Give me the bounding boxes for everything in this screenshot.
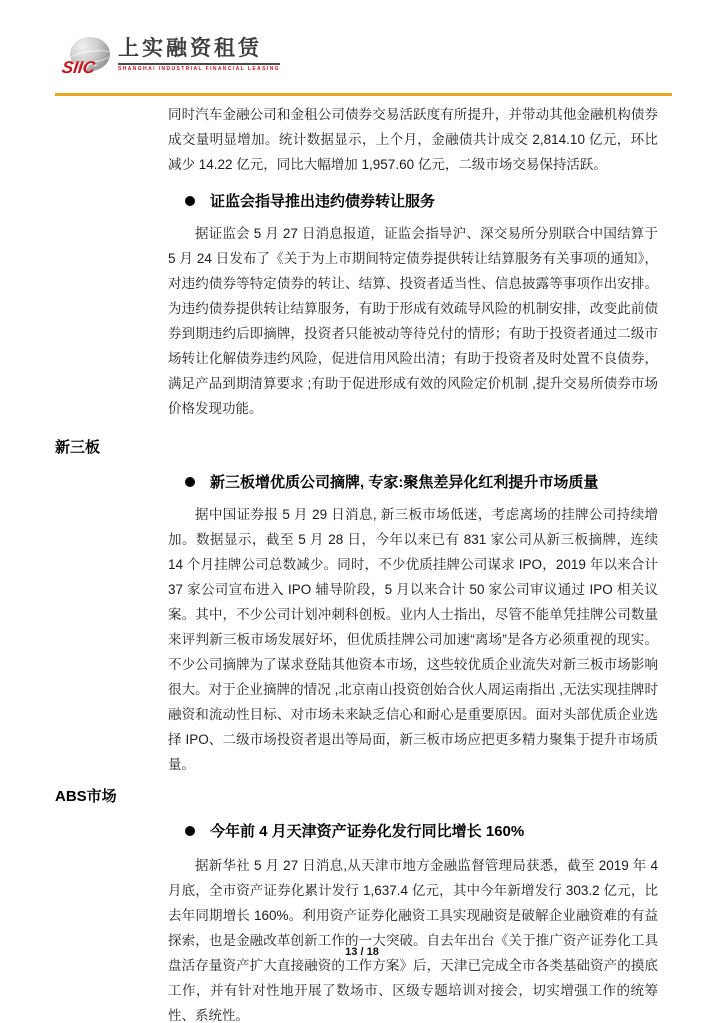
bullet-icon [185, 826, 195, 836]
logo-company-name-cn: 上实融资租赁 [118, 37, 280, 65]
heading-neeq-delisting-label: 新三板增优质公司摘牌, 专家:聚焦差异化红利提升市场质量 [210, 471, 598, 492]
abs-paragraph: 据新华社 5 月 27 日消息,从天津市地方金融监督管理局获悉，截至 2019 … [168, 853, 658, 1023]
heading-neeq-delisting: 新三板增优质公司摘牌, 专家:聚焦差异化红利提升市场质量 [185, 471, 672, 492]
neeq-paragraph: 据中国证券报 5 月 29 日消息, 新三板市场低迷，考虑离场的挂牌公司持续增加… [168, 502, 658, 777]
globe-icon: SIIC [68, 37, 112, 75]
intro-paragraph: 同时汽车金融公司和金租公司债券交易活跃度有所提升，并带动其他金融机构债券成交量明… [168, 102, 658, 177]
bullet-icon [185, 196, 195, 206]
header-separator-rule [55, 93, 672, 96]
heading-bond-transfer-label: 证监会指导推出违约债券转让服务 [210, 190, 435, 211]
logo-company-name-en: SHANGHAI INDUSTRIAL FINANCIAL LEASING [118, 66, 280, 72]
bond-transfer-paragraph: 据证监会 5 月 27 日消息报道，证监会指导沪、深交易所分别联合中国结算于 5… [168, 221, 658, 421]
heading-abs-tianjin-label: 今年前 4 月天津资产证券化发行同比增长 160% [210, 820, 524, 841]
document-page: SIIC 上实融资租赁 SHANGHAI INDUSTRIAL FINANCIA… [0, 0, 724, 1023]
document-content: 同时汽车金融公司和金租公司债券交易活跃度有所提升，并带动其他金融机构债券成交量明… [55, 102, 672, 1023]
bullet-icon [185, 477, 195, 487]
section-label-neeq: 新三板 [55, 436, 672, 457]
logo-siic-text: SIIC [61, 58, 97, 78]
page-number: 13 / 18 [0, 946, 724, 958]
heading-bond-transfer: 证监会指导推出违约债券转让服务 [185, 190, 672, 211]
heading-abs-tianjin: 今年前 4 月天津资产证券化发行同比增长 160% [185, 820, 672, 841]
section-label-abs: ABS市场 [55, 785, 672, 806]
company-logo: SIIC 上实融资租赁 SHANGHAI INDUSTRIAL FINANCIA… [68, 37, 280, 75]
